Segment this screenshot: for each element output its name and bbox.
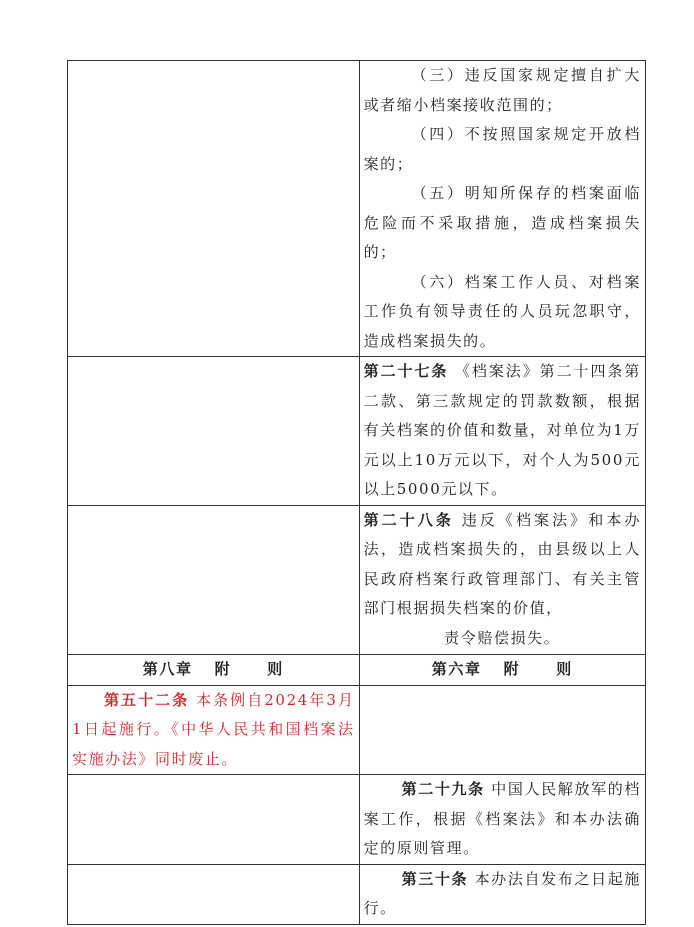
table-row: 第二十八条 违反《档案法》和本办法，造成档案损失的，由县级以上人民政府档案行政管… [68,505,646,654]
article-number: 第三十条 [402,870,469,888]
list-item-5: （五）明知所保存的档案面临危险而不采取措施，造成档案损失的； [364,179,641,268]
article-number: 第二十八条 [364,511,454,529]
right-cell-empty [359,685,645,775]
table-row: （三）违反国家规定擅自扩大或者缩小档案接收范围的； （四）不按照国家规定开放档案… [68,61,646,357]
list-item-3: （三）违反国家规定擅自扩大或者缩小档案接收范围的； [364,61,641,120]
table-row: 第五十二条 本条例自2024年3月1日起施行。《中华人民共和国档案法实施办法》同… [68,685,646,775]
article-text: 《档案法》第二十四条第二款、第三款规定的罚款数额，根据有关档案的价值和数量，对单… [364,362,641,498]
table-row: 第二十九条 中国人民解放军的档案工作，根据《档案法》和本办法确定的原则管理。 [68,775,646,865]
table-row: 第三十条 本办法自发布之日起施行。 [68,864,646,924]
left-cell-empty [68,864,360,924]
list-item-4: （四）不按照国家规定开放档案的； [364,120,641,179]
article-number: 第五十二条 [104,691,189,709]
left-cell-empty [68,775,360,865]
left-chapter-heading: 第八章附则 [68,654,360,685]
article-number: 第二十九条 [402,780,485,798]
list-item-6: （六）档案工作人员、对档案工作负有领导责任的人员玩忽职守，造成档案损失的。 [364,268,641,357]
comparison-table: （三）违反国家规定擅自扩大或者缩小档案接收范围的； （四）不按照国家规定开放档案… [67,60,646,925]
left-cell-empty [68,357,360,506]
right-cell-penalties-list: （三）违反国家规定擅自扩大或者缩小档案接收范围的； （四）不按照国家规定开放档案… [359,61,645,357]
left-cell-empty [68,505,360,654]
article-text-tail: 责令赔偿损失。 [364,624,641,654]
chapter-header-row: 第八章附则 第六章附则 [68,654,646,685]
right-cell-article-28: 第二十八条 违反《档案法》和本办法，造成档案损失的，由县级以上人民政府档案行政管… [359,505,645,654]
left-cell-empty [68,61,360,357]
right-cell-article-29: 第二十九条 中国人民解放军的档案工作，根据《档案法》和本办法确定的原则管理。 [359,775,645,865]
right-cell-article-30: 第三十条 本办法自发布之日起施行。 [359,864,645,924]
right-chapter-heading: 第六章附则 [359,654,645,685]
right-cell-article-27: 第二十七条 《档案法》第二十四条第二款、第三款规定的罚款数额，根据有关档案的价值… [359,357,645,506]
article-number: 第二十七条 [364,362,449,380]
table-row: 第二十七条 《档案法》第二十四条第二款、第三款规定的罚款数额，根据有关档案的价值… [68,357,646,506]
left-cell-article-52: 第五十二条 本条例自2024年3月1日起施行。《中华人民共和国档案法实施办法》同… [68,685,360,775]
